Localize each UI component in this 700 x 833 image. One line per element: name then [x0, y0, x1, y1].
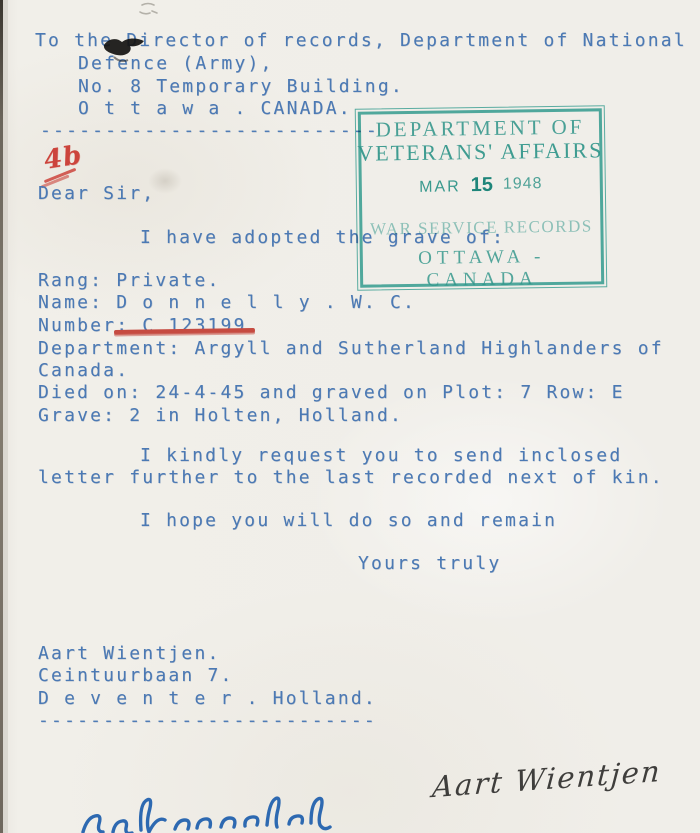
stamp-ottawa-canada: OTTAWA - CANADA: [358, 245, 607, 292]
record-name: Name: D o n n e l l y . W. C.: [38, 294, 416, 312]
stamp-date-year: 1948: [503, 175, 543, 194]
record-department-cont: Canada.: [38, 362, 129, 380]
salutation: Dear Sir,: [38, 185, 155, 203]
ink-blot: [100, 33, 156, 65]
record-died: Died on: 24-4-45 and graved on Plot: 7 R…: [38, 384, 625, 402]
record-rank: Rang: Private.: [38, 272, 221, 290]
ref-mark-handwritten: 4b: [42, 140, 85, 176]
faint-pencil-mark: [136, 2, 162, 18]
sender-street: Ceintuurbaan 7.: [38, 667, 234, 685]
signature-handwritten: Aart Wientjen: [431, 754, 663, 804]
stamp-veterans-affairs: VETERANS' AFFAIRS: [356, 137, 604, 166]
stamp-date-day: 15: [471, 174, 494, 197]
stamp-war-service-records: WAR SERVICE RECORDS: [357, 216, 605, 239]
sender-name: Aart Wientjen.: [38, 645, 221, 663]
date-stamp: DEPARTMENT OF VETERANS' AFFAIRS MAR 15 1…: [355, 105, 608, 290]
body-request-1: I kindly request you to send inclosed: [140, 447, 622, 465]
record-department: Department: Argyll and Sutherland Highla…: [38, 340, 664, 358]
body-request-2: letter further to the last recorded next…: [38, 469, 664, 487]
sender-divider: --------------------------: [38, 712, 377, 730]
stamp-date-month: MAR: [419, 178, 461, 197]
record-grave: Grave: 2 in Holten, Holland.: [38, 407, 403, 425]
cut-off-handwriting: [75, 796, 335, 833]
body-hope: I hope you will do so and remain: [140, 512, 557, 530]
sender-city: D e v e n t e r . Holland.: [38, 690, 377, 708]
letter-page: To the Director of records, Department o…: [0, 0, 700, 833]
recipient-line-4: O t t a w a . CANADA.: [78, 100, 352, 118]
stamp-date: MAR 15 1948: [357, 172, 605, 198]
body-closing: Yours truly: [358, 555, 501, 573]
recipient-divider: --------------------------: [40, 122, 379, 140]
recipient-line-3: No. 8 Temporary Building.: [78, 78, 404, 96]
scan-edge-shadow: [3, 0, 8, 833]
